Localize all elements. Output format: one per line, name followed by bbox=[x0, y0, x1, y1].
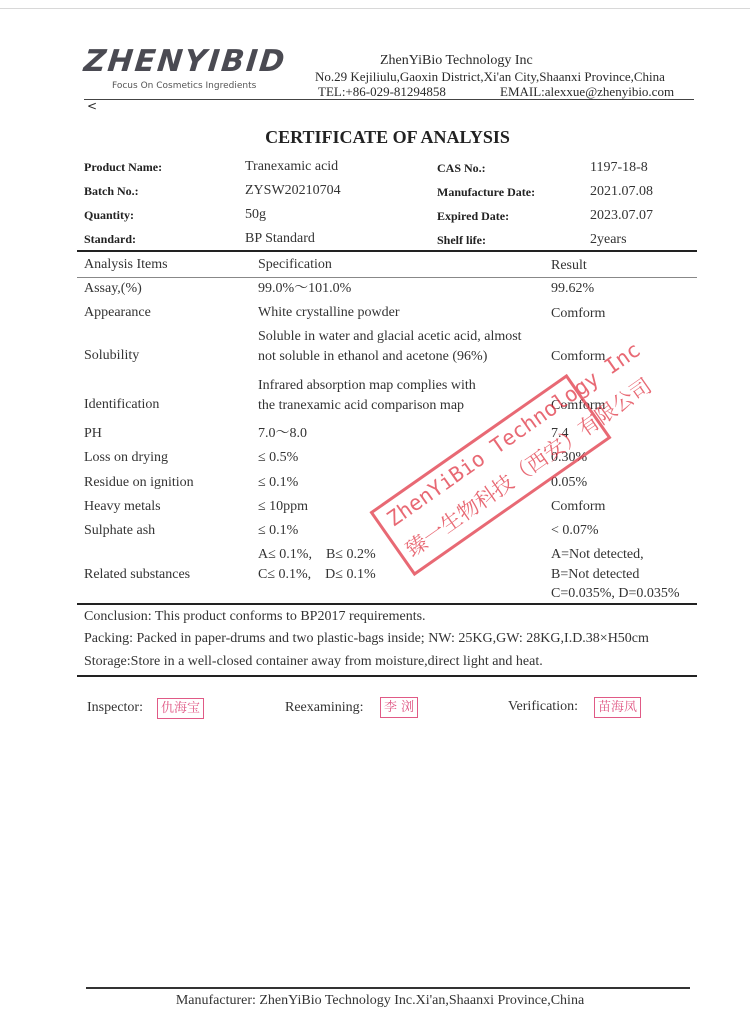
company-name: ZhenYiBio Technology Inc bbox=[380, 53, 533, 69]
logo-tagline: Focus On Cosmetics Ingredients bbox=[112, 81, 256, 91]
conclusion-top-rule bbox=[77, 603, 697, 605]
storage-text: Storage:Store in a well-closed container… bbox=[84, 652, 543, 671]
document-title: CERTIFICATE OF ANALYSIS bbox=[0, 127, 750, 148]
specification: 7.0～8.0 bbox=[258, 424, 307, 443]
specification: White crystalline powder bbox=[258, 303, 400, 322]
info-label: Expired Date: bbox=[437, 209, 509, 224]
chevron-left-icon: < bbox=[87, 99, 97, 113]
info-value: 2023.07.07 bbox=[590, 208, 653, 224]
verification-label: Verification: bbox=[508, 699, 578, 715]
specification: the tranexamic acid comparison map bbox=[258, 396, 464, 415]
specification: 99.0%～101.0% bbox=[258, 279, 351, 298]
info-value: ZYSW20210704 bbox=[245, 183, 341, 199]
specification: A≤ 0.1%, B≤ 0.2% bbox=[258, 545, 376, 564]
specification: ≤ 0.1% bbox=[258, 521, 298, 540]
info-label: Standard: bbox=[84, 232, 136, 247]
company-address: No.29 Kejiliulu,Gaoxin District,Xi'an Ci… bbox=[315, 69, 665, 85]
conclusion-bottom-rule bbox=[77, 675, 697, 677]
analysis-item: Loss on drying bbox=[84, 448, 168, 467]
analysis-item: Appearance bbox=[84, 303, 151, 322]
specification: not soluble in ethanol and acetone (96%) bbox=[258, 347, 487, 366]
column-header-specification: Specification bbox=[258, 255, 332, 274]
specification: Infrared absorption map complies with bbox=[258, 376, 476, 395]
result: 99.62% bbox=[551, 279, 594, 298]
result: A=Not detected, bbox=[551, 545, 644, 564]
analysis-item: Assay,(%) bbox=[84, 279, 142, 298]
column-header-result: Result bbox=[551, 256, 587, 275]
info-value: 2021.07.08 bbox=[590, 184, 653, 200]
analysis-item: Sulphate ash bbox=[84, 521, 155, 540]
analysis-item: Solubility bbox=[84, 346, 139, 365]
specification: ≤ 10ppm bbox=[258, 497, 308, 516]
info-value: 50g bbox=[245, 207, 266, 223]
company-email: EMAIL:alexxue@zhenyibio.com bbox=[500, 84, 674, 100]
table-top-rule bbox=[77, 250, 697, 252]
analysis-item: PH bbox=[84, 424, 102, 443]
header-divider bbox=[84, 99, 694, 100]
analysis-item: Heavy metals bbox=[84, 497, 161, 516]
conclusion-text: Conclusion: This product conforms to BP2… bbox=[84, 607, 426, 626]
info-value: 2years bbox=[590, 232, 627, 248]
result: B=Not detected bbox=[551, 565, 639, 584]
page-top-edge bbox=[0, 8, 750, 9]
manufacturer-footer: Manufacturer: ZhenYiBio Technology Inc.X… bbox=[0, 993, 750, 1009]
result: Comform bbox=[551, 304, 605, 323]
reexamining-signature-stamp: 李 浏 bbox=[380, 697, 418, 718]
result: < 0.07% bbox=[551, 521, 599, 540]
inspector-signature-stamp: 仇海宝 bbox=[157, 698, 204, 719]
info-value: Tranexamic acid bbox=[245, 159, 338, 175]
column-header-item: Analysis Items bbox=[84, 255, 168, 274]
specification: ≤ 0.5% bbox=[258, 448, 298, 467]
info-label: Manufacture Date: bbox=[437, 185, 535, 200]
table-header-rule bbox=[77, 277, 697, 278]
analysis-item: Related substances bbox=[84, 565, 190, 584]
info-label: Batch No.: bbox=[84, 184, 139, 199]
reexamining-label: Reexamining: bbox=[285, 700, 364, 716]
analysis-item: Residue on ignition bbox=[84, 473, 194, 492]
company-logo: ZHENYIBID bbox=[82, 47, 287, 77]
company-phone: TEL:+86-029-81294858 bbox=[318, 84, 446, 100]
result: Comform bbox=[551, 497, 605, 516]
info-label: Shelf life: bbox=[437, 233, 486, 248]
info-label: Product Name: bbox=[84, 160, 162, 175]
info-label: Quantity: bbox=[84, 208, 134, 223]
packing-text: Packing: Packed in paper-drums and two p… bbox=[84, 629, 649, 648]
specification: ≤ 0.1% bbox=[258, 473, 298, 492]
analysis-item: Identification bbox=[84, 395, 159, 414]
specification: Soluble in water and glacial acetic acid… bbox=[258, 327, 522, 346]
result: C=0.035%, D=0.035% bbox=[551, 584, 680, 603]
info-value: BP Standard bbox=[245, 231, 315, 247]
footer-divider bbox=[86, 987, 690, 989]
verification-signature-stamp: 苗海凤 bbox=[594, 697, 641, 718]
inspector-label: Inspector: bbox=[87, 700, 143, 716]
specification: C≤ 0.1%, D≤ 0.1% bbox=[258, 565, 376, 584]
info-label: CAS No.: bbox=[437, 161, 486, 176]
info-value: 1197-18-8 bbox=[590, 160, 648, 176]
